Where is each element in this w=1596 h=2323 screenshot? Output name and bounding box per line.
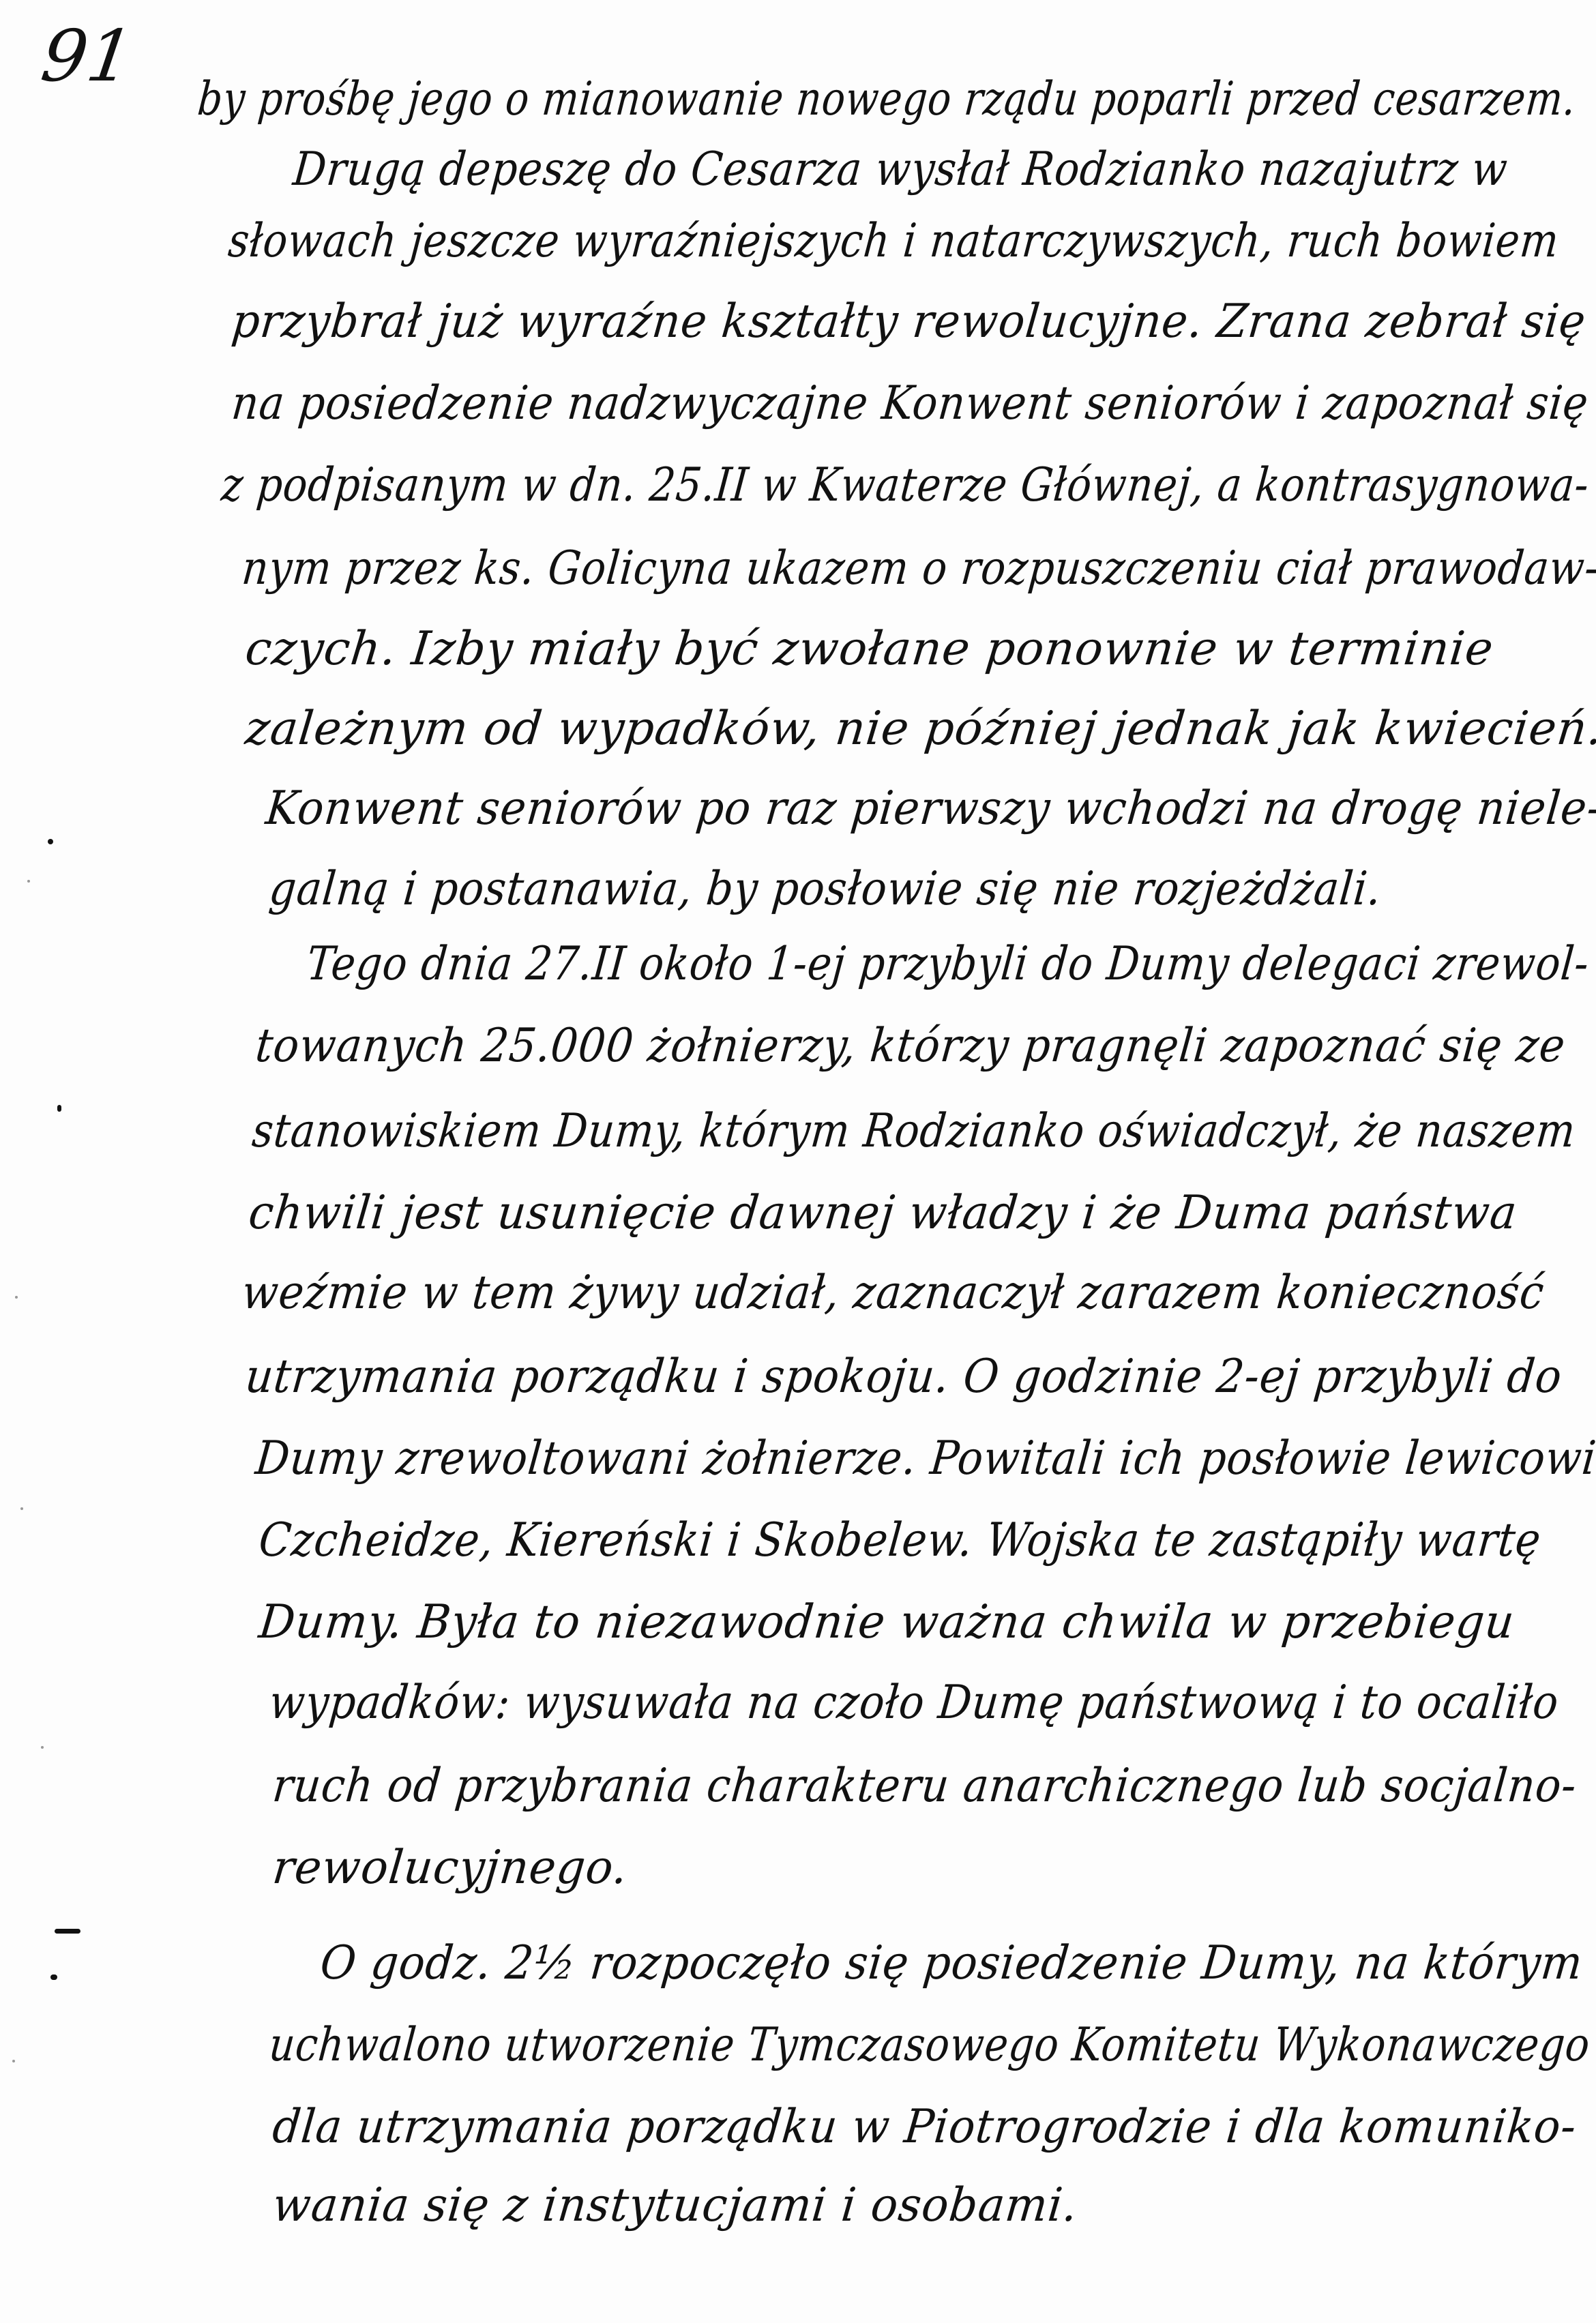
text-line: Dumy zrewoltowani żołnierze. Powitali ic… [254, 1436, 1596, 1482]
text-line: O godz. 2½ rozpoczęło się posiedzenie Du… [319, 1940, 1585, 1987]
text-line: przybrał już wyraźne kształty rewolucyjn… [230, 299, 1588, 345]
text-line: Konwent seniorów po raz pierwszy wchodzi… [264, 786, 1596, 832]
text-line: słowach jeszcze wyraźniejszych i natarcz… [226, 218, 1561, 265]
text-line: Drugą depeszę do Cesarza wysłał Rodziank… [291, 147, 1510, 193]
text-line: wypadków: wysuwała na czoło Dumę państwo… [267, 1680, 1561, 1726]
text-line: Czcheidze, Kiereński i Skobelew. Wojska … [257, 1518, 1543, 1564]
text-line: Tego dnia 27.II około 1-ej przybyli do D… [305, 941, 1591, 988]
text-line: zależnym od wypadków, nie później jednak… [243, 706, 1596, 752]
page-number: 91 [38, 20, 138, 91]
text-line: czych. Izby miały być zwołane ponownie w… [243, 626, 1496, 672]
margin-dot-mark [57, 1105, 61, 1112]
text-line: dla utrzymania porządku w Piotrogrodzie … [271, 2104, 1579, 2150]
text-line: na posiedzenie nadzwyczajne Konwent seni… [230, 381, 1591, 427]
text-line: galną i postanawia, by posłowie się nie … [267, 866, 1384, 913]
scan-speck [15, 1296, 18, 1299]
text-line: chwili jest usunięcie dawnej władzy i że… [247, 1190, 1520, 1237]
margin-dash-mark [55, 1929, 80, 1934]
manuscript-page: 91 by prośbę jego o mianowanie nowego rz… [0, 0, 1596, 2323]
text-line: stanowiskiem Dumy, którym Rodzianko oświ… [250, 1108, 1578, 1155]
text-line: towanych 25.000 żołnierzy, którzy pragnę… [254, 1023, 1567, 1069]
text-line: utrzymania porządku i spokoju. O godzini… [243, 1354, 1565, 1400]
margin-dot-mark [48, 839, 53, 844]
text-line: Dumy. Była to niezawodnie ważna chwila w… [257, 1599, 1517, 1646]
text-line: wania się z instytucjami i osobami. [271, 2183, 1080, 2229]
text-line: rewolucyjnego. [271, 1845, 630, 1891]
text-line: by prośbę jego o mianowanie nowego rządu… [196, 76, 1578, 123]
text-line: uchwalono utworzenie Tymczasowego Komite… [267, 2022, 1592, 2069]
text-line: ruch od przybrania charakteru anarchiczn… [271, 1763, 1579, 1809]
margin-dot-mark [50, 1974, 57, 1980]
scan-speck [41, 1746, 44, 1749]
scan-speck [12, 2060, 15, 2062]
text-line: nym przez ks. Golicyna ukazem o rozpuszc… [240, 546, 1596, 592]
text-line: z podpisanym w dn. 25.II w Kwaterze Głów… [220, 462, 1591, 509]
scan-speck [27, 880, 30, 883]
text-line: weźmie w tem żywy udział, zaznaczył zara… [240, 1270, 1546, 1316]
scan-speck [20, 1507, 23, 1510]
